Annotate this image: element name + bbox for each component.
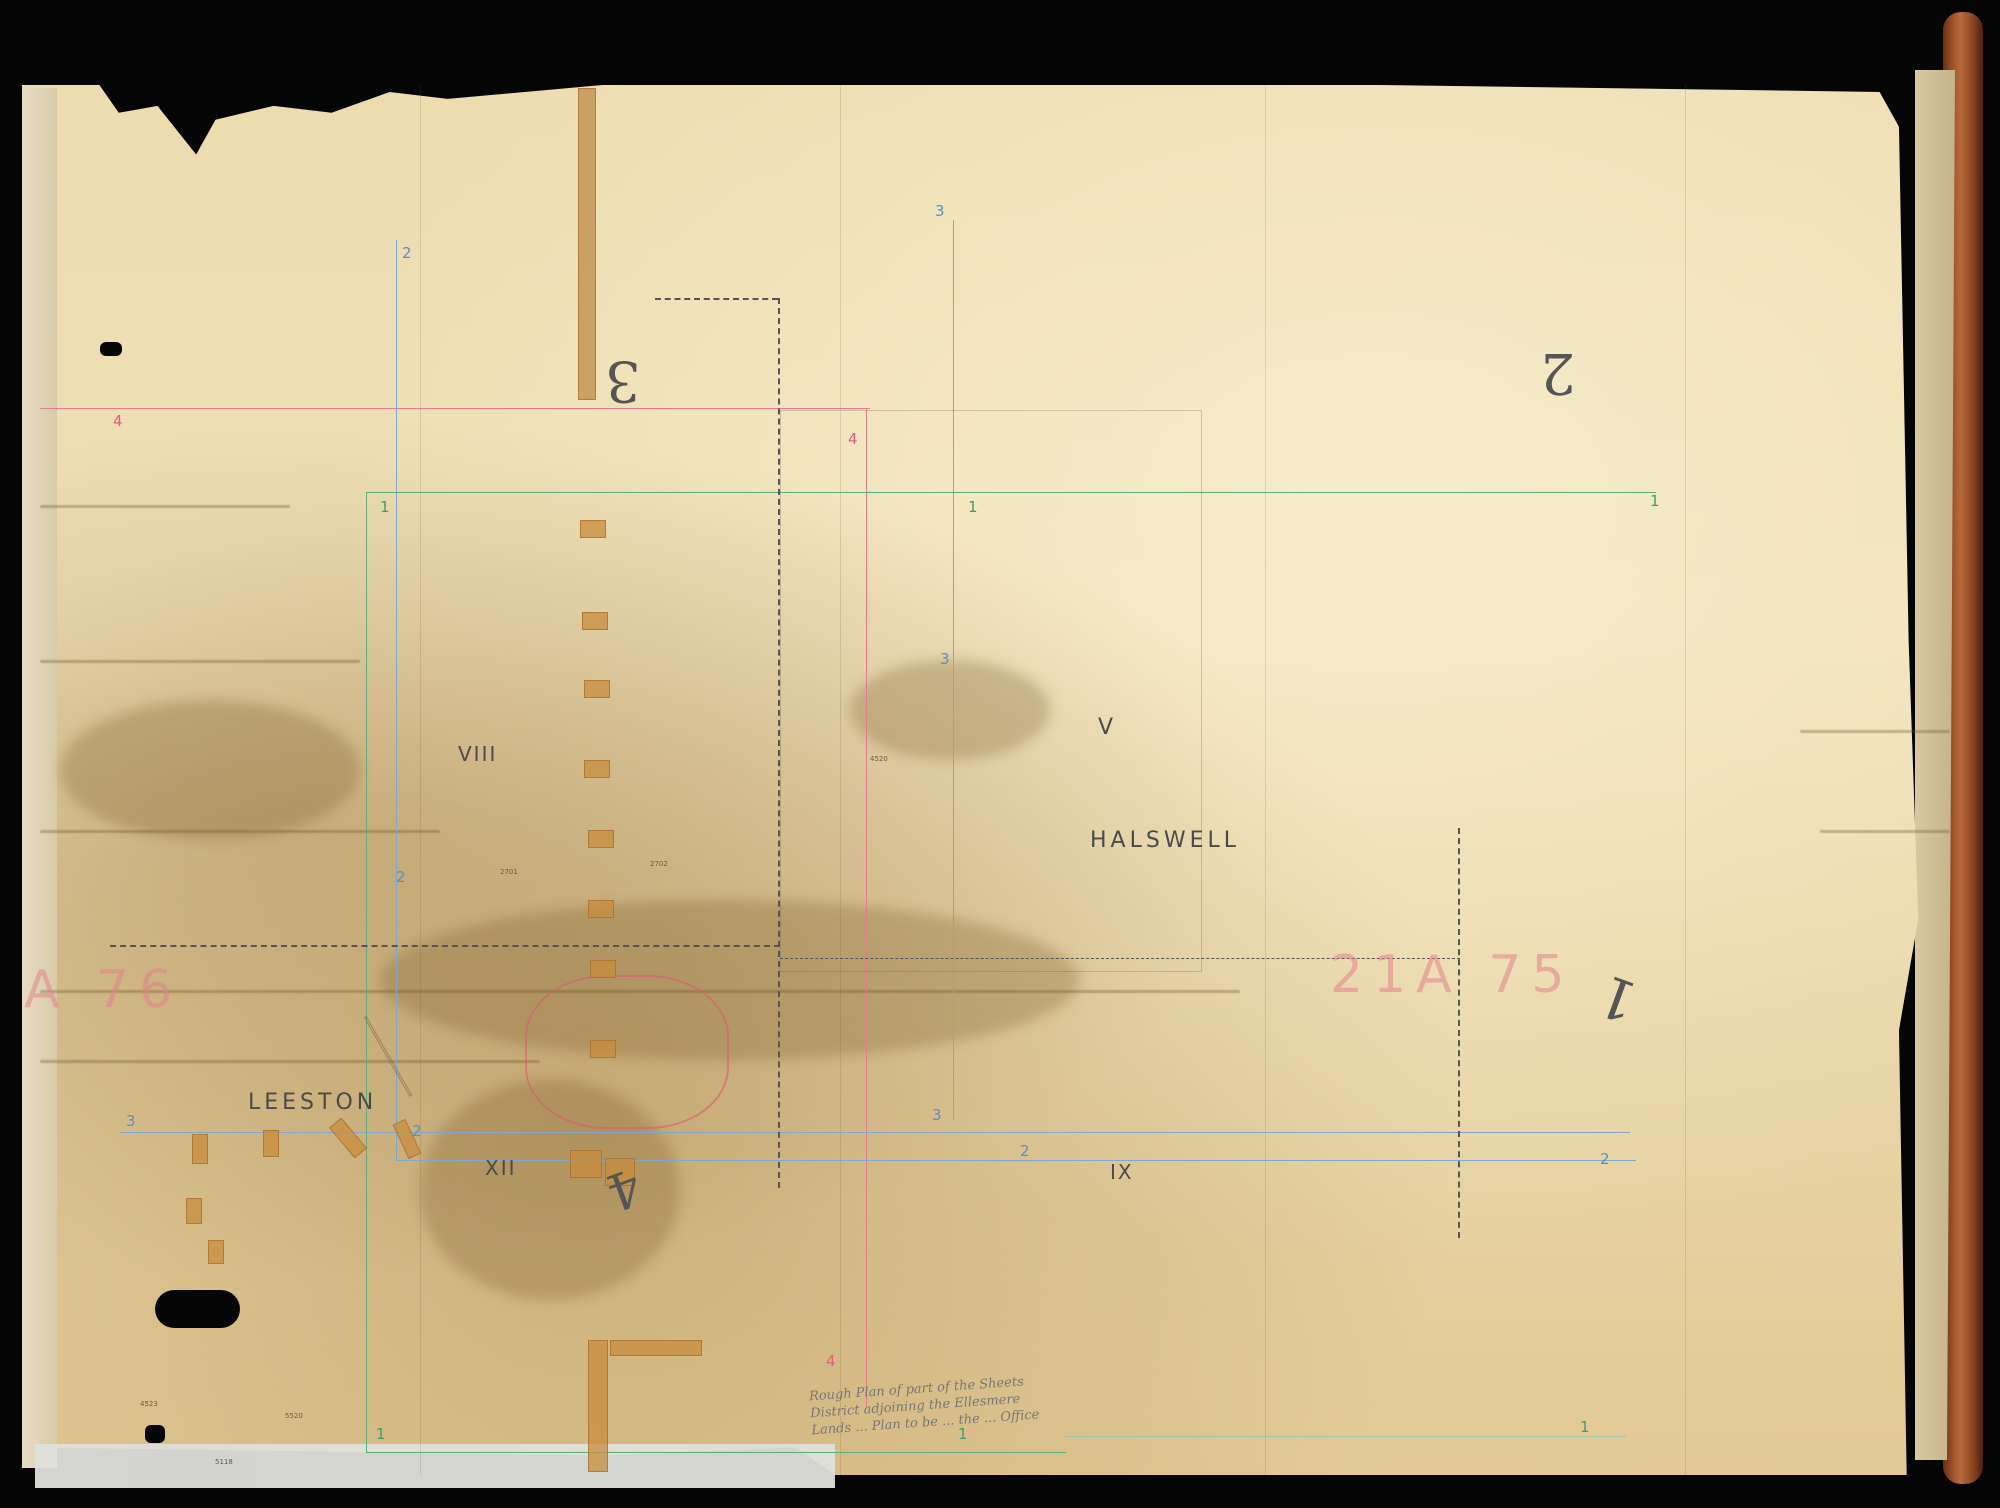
tape-patch (584, 680, 610, 698)
pencil-numeral: 3 (605, 348, 641, 413)
tape-patch (192, 1134, 208, 1164)
green-grid-line (366, 492, 367, 1452)
tape-patch (582, 612, 608, 630)
section-number: 5520 (285, 1412, 303, 1420)
section-number: 2702 (650, 860, 668, 868)
pencil-numeral: 2 (1540, 340, 1576, 405)
fold-line (1685, 85, 1686, 1475)
tape-patch (610, 1340, 702, 1356)
crease (40, 660, 360, 663)
grid-number-blue: 3 (932, 1106, 942, 1124)
paper-hole (155, 1290, 240, 1328)
red-grid-line (40, 408, 870, 409)
grid-number-blue: 2 (1600, 1150, 1610, 1168)
grid-number-blue: 2 (396, 868, 406, 886)
crease (40, 830, 440, 833)
grid-number-green: 1 (376, 1425, 386, 1443)
fold-line (420, 85, 421, 1475)
tape-patch (186, 1198, 202, 1224)
crease (40, 1060, 540, 1063)
district-numeral-ix: IX (1110, 1160, 1134, 1184)
dashed-boundary (655, 298, 778, 300)
tape-patch (208, 1240, 224, 1264)
blue-grid-line (396, 240, 397, 1160)
bottom-linen-tape: 5118 (35, 1444, 835, 1488)
tape-patch (584, 760, 610, 778)
section-number: 4523 (140, 1400, 158, 1408)
section-number: 4520 (870, 755, 888, 763)
grid-number-green: 1 (1580, 1418, 1590, 1436)
grid-number-blue: 2 (402, 244, 412, 262)
tape-strip (578, 88, 596, 400)
grid-number-red: 4 (113, 412, 123, 430)
creek-outline (525, 975, 729, 1129)
fold-line (1265, 85, 1266, 1475)
paper-hole (100, 342, 122, 356)
tape-patch (570, 1150, 602, 1178)
crease (40, 505, 290, 508)
district-numeral-v: V (1098, 715, 1117, 740)
faint-stamp-a76: A 76 (24, 960, 182, 1020)
place-label-leeston: LEESTON (248, 1090, 377, 1115)
crease (1820, 830, 1950, 833)
bottom-tape-label: 5118 (215, 1458, 233, 1466)
grid-number-green: 1 (380, 498, 390, 516)
place-label-halswell: HALSWELL (1090, 828, 1240, 853)
district-numeral-viii: VIII (458, 742, 497, 766)
tape-patch (590, 1040, 616, 1058)
crease (1800, 730, 1950, 733)
faint-stamp-21a75: 21A 75 (1330, 945, 1574, 1005)
tape-patch (588, 830, 614, 848)
tape-strip (588, 1340, 608, 1472)
grid-number-blue: 3 (935, 202, 945, 220)
green-grid-line (1066, 1436, 1626, 1437)
grid-number-green: 1 (1650, 492, 1660, 510)
green-grid-line (366, 1452, 1066, 1453)
tape-patch (580, 520, 606, 538)
paper-hole (145, 1425, 165, 1443)
tape-patch (263, 1130, 279, 1157)
dashed-boundary (1458, 828, 1460, 1238)
grid-number-blue: 3 (126, 1112, 136, 1130)
grid-number-blue: 2 (1020, 1142, 1030, 1160)
tape-patch (590, 960, 616, 978)
survey-block (780, 410, 1202, 972)
section-number: 2701 (500, 868, 518, 876)
dashed-boundary (110, 945, 780, 947)
tape-patch (588, 900, 614, 918)
grid-number-red: 4 (826, 1352, 836, 1370)
left-linen-strip (22, 88, 57, 1468)
water-stain (60, 700, 360, 840)
district-numeral-xii: XII (485, 1156, 517, 1180)
